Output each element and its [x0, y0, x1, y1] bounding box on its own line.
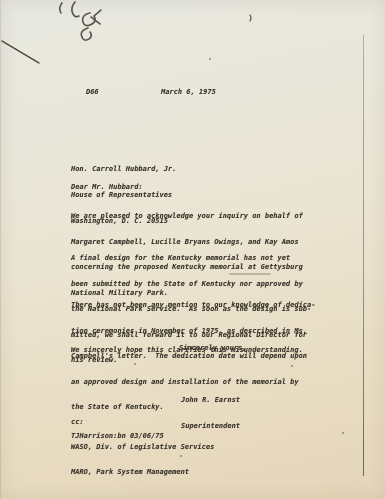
pen-stroke-icon	[60, 3, 62, 13]
dust-speck	[209, 58, 211, 60]
body-line: There has not been any mention to our kn…	[71, 301, 315, 311]
cc-recipient: WASO, Div. of Legislative Services	[71, 443, 214, 452]
diagonal-pen-line	[2, 41, 39, 63]
body-line: A final design for the Kentucky memorial…	[71, 254, 311, 264]
cc-label: cc:	[71, 418, 214, 427]
reference-code: D66	[86, 88, 99, 96]
cc-block: cc: WASO, Div. of Legislative Services M…	[71, 402, 214, 492]
recipient-name: Hon. Carroll Hubbard, Jr.	[71, 164, 176, 174]
pen-stroke-icon	[72, 2, 79, 17]
small-tick-mark	[250, 15, 251, 21]
typist-reference: TJHarrison:bn 03/06/75	[71, 432, 164, 440]
salutation: Dear Mr. Hubbard:	[71, 183, 143, 191]
pen-stroke-icon	[81, 28, 91, 40]
fold-line	[363, 35, 364, 476]
letter-date: March 6, 1975	[161, 88, 216, 96]
dust-speck	[342, 432, 344, 434]
pen-stroke-icon	[83, 10, 101, 26]
cc-recipient: MARO, Park System Management	[71, 468, 214, 477]
body-line: We are pleased to acknowledge your inqui…	[71, 212, 303, 222]
complimentary-close: Sincerely yours,	[179, 344, 246, 352]
scanned-letter-page: D66 March 6, 1975 Hon. Carroll Hubbard, …	[0, 0, 385, 499]
